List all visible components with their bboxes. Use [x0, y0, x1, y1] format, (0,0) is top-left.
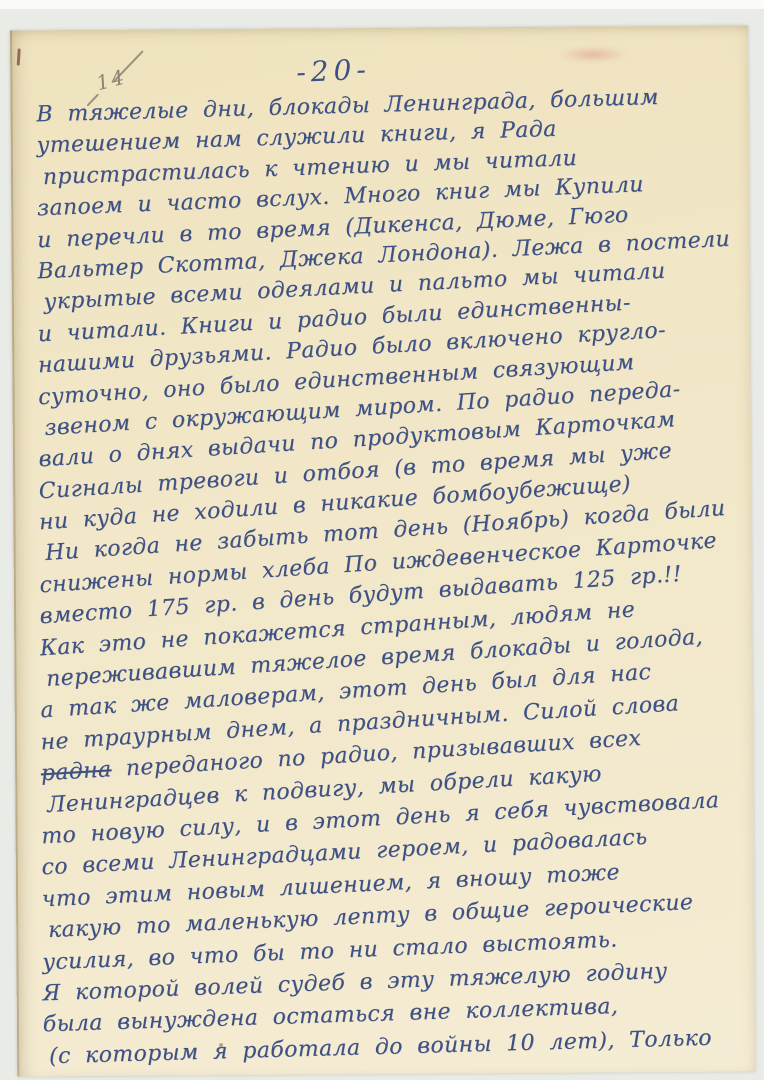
manuscript-page: 14 -20- В тяжелые дни, блокады Ленинград…: [10, 25, 755, 1076]
page-left-edge: [10, 31, 19, 1077]
red-smudge: [558, 46, 628, 62]
ink-page-number: -20-: [296, 53, 372, 89]
ink-dot: [219, 1043, 223, 1047]
crossed-out-word: радна: [40, 757, 112, 786]
manuscript-text: В тяжелые дни, блокады Ленинграда, больш…: [37, 97, 756, 1076]
scan-top-strip: [0, 0, 764, 9]
pencil-page-number: 14: [94, 65, 128, 96]
edge-dark-mark: [17, 48, 21, 65]
